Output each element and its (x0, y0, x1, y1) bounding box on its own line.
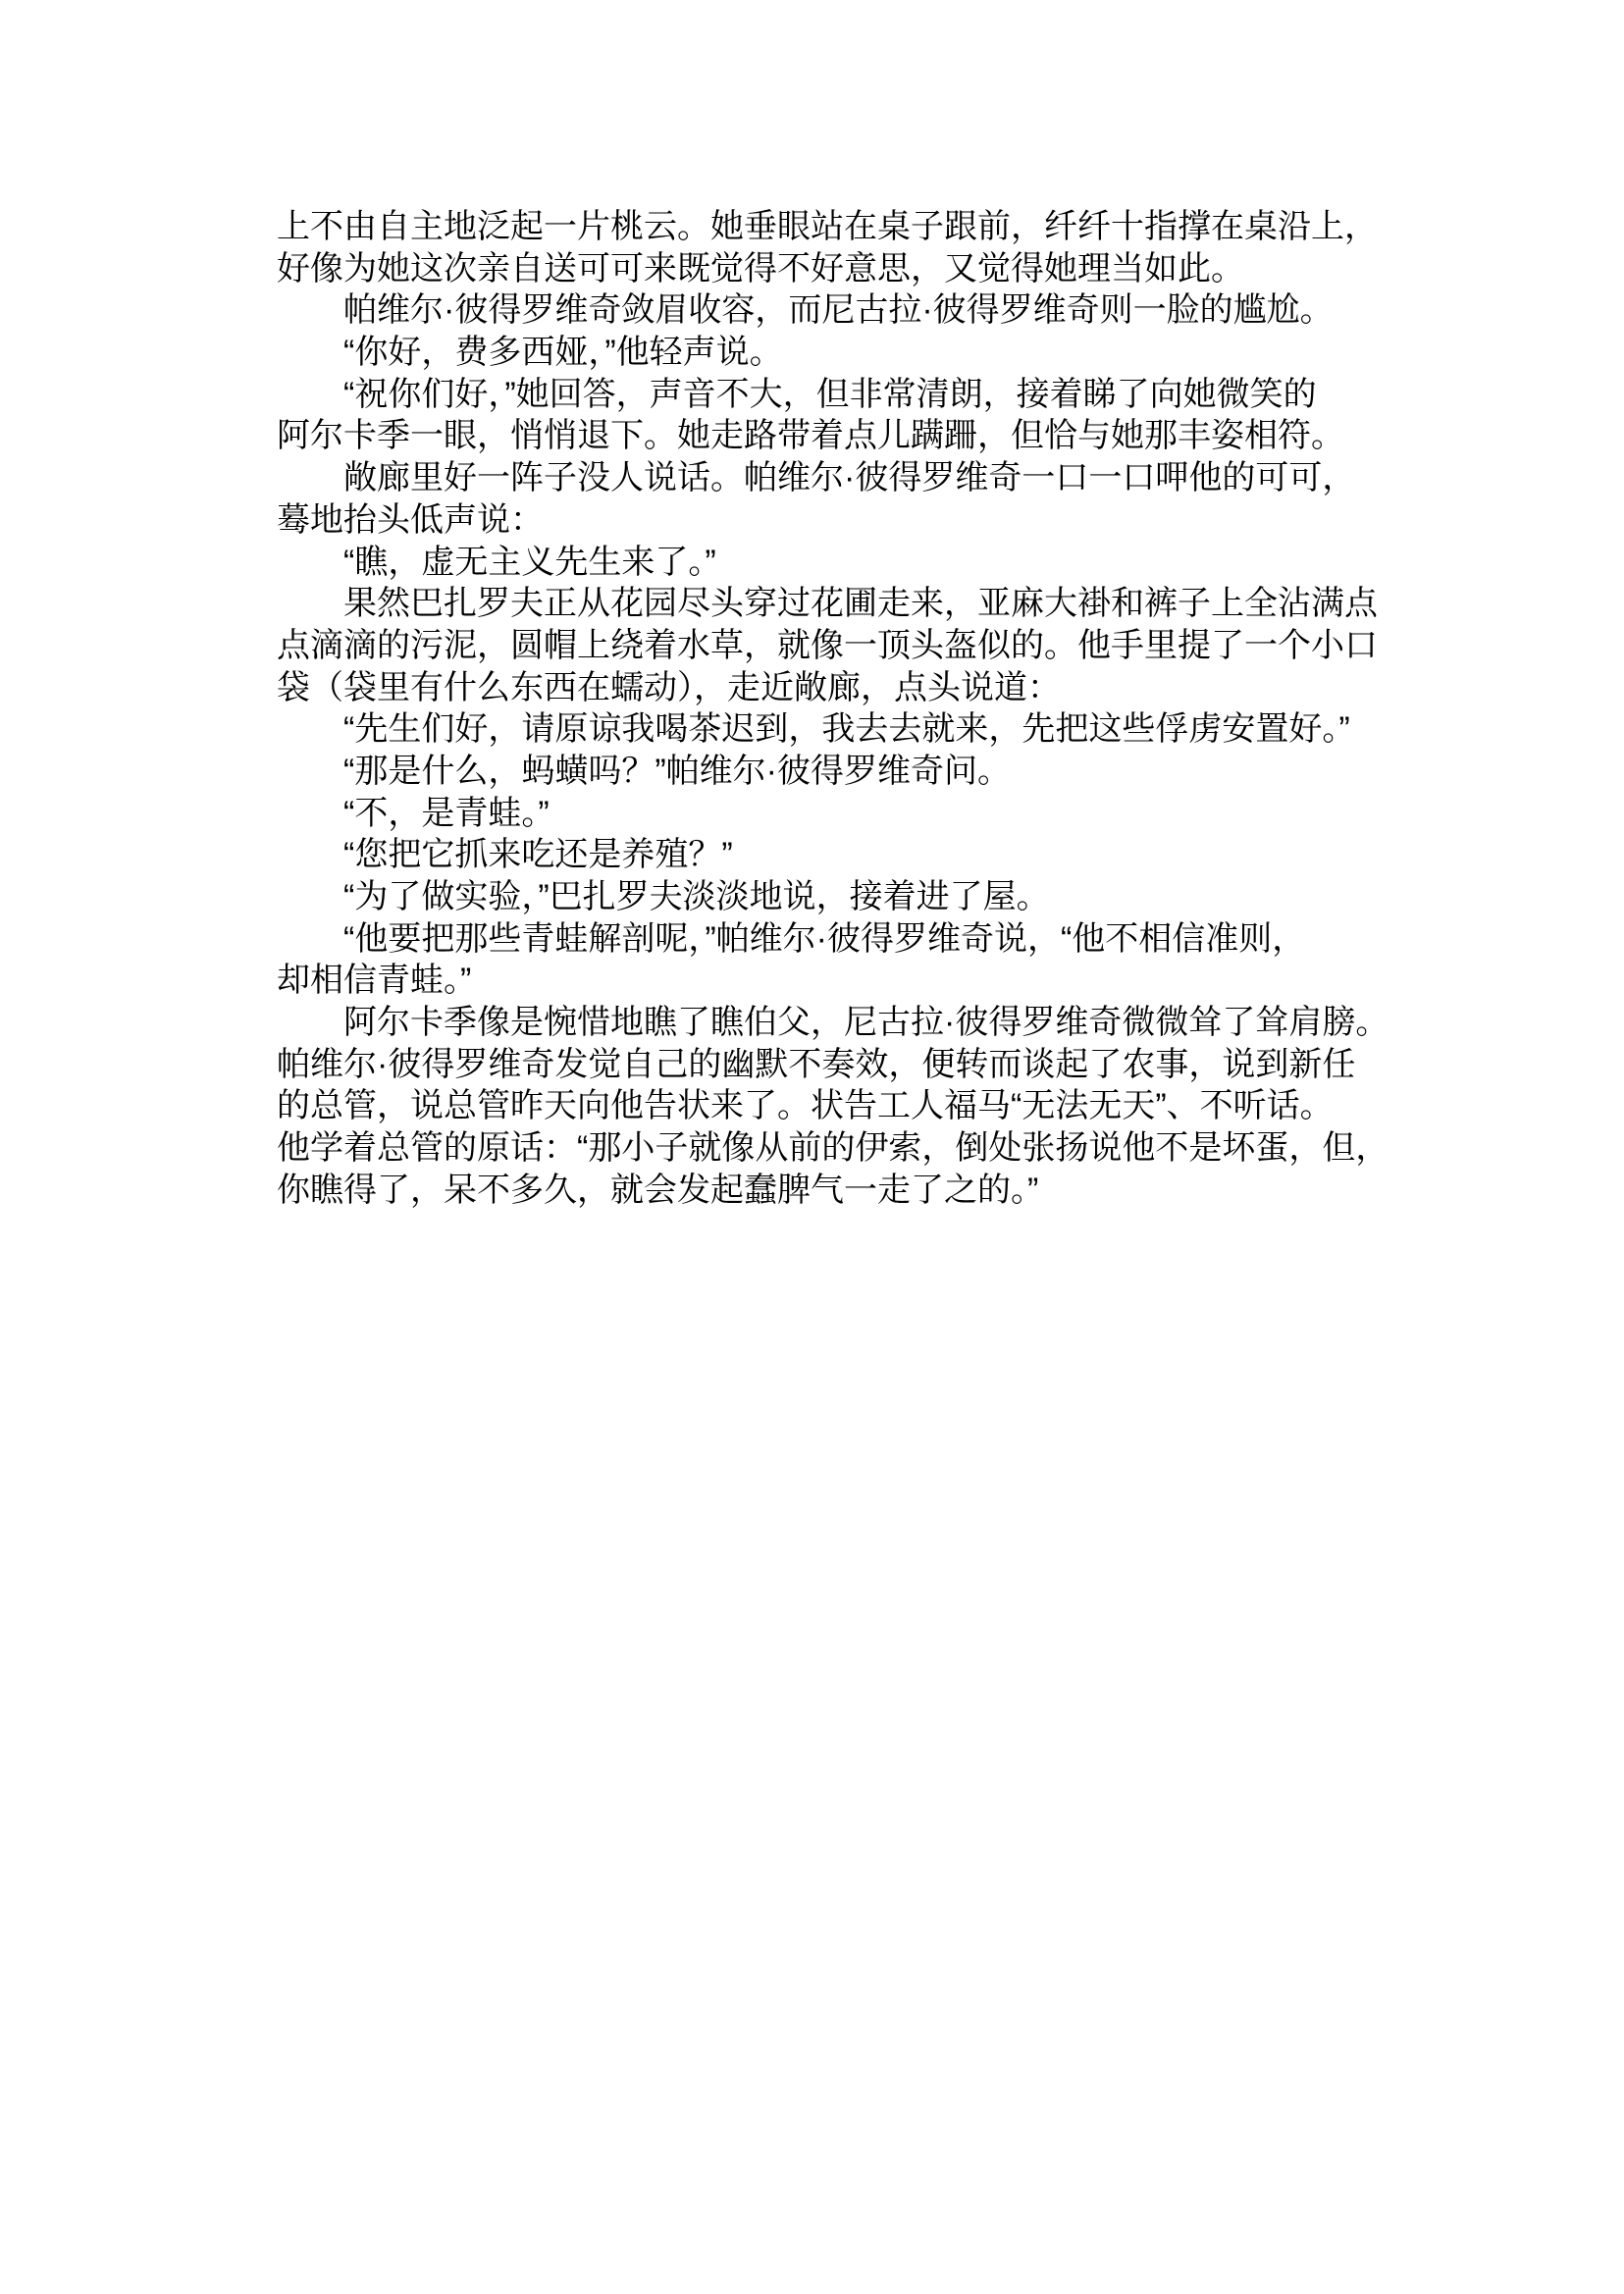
paragraph: “你好，费多西娅，”他轻声说。 (277, 332, 1386, 374)
text-line: 敞廊里好一阵子没人说话。帕维尔·彼得罗维奇一口一口呷他的可可， (277, 457, 1386, 499)
paragraph: 果然巴扎罗夫正从花园尽头穿过花圃走来，亚麻大褂和裤子上全沾满点点滴滴的污泥，圆帽… (277, 583, 1386, 708)
text-line: 帕维尔·彼得罗维奇发觉自己的幽默不奏效，便转而谈起了农事，说到新任 (277, 1044, 1386, 1086)
paragraph: “祝你们好，”她回答，声音不大，但非常清朗，接着睇了向她微笑的阿尔卡季一眼，悄悄… (277, 374, 1386, 457)
paragraph: “不，是青蛙。” (277, 793, 1386, 835)
text-line: 阿尔卡季像是惋惜地瞧了瞧伯父，尼古拉·彼得罗维奇微微耸了耸肩膀。 (277, 1002, 1386, 1044)
paragraph: “先生们好，请原谅我喝茶迟到，我去去就来，先把这些俘虏安置好。” (277, 708, 1386, 751)
text-line: 他学着总管的原话：“那小子就像从前的伊索，倒处张扬说他不是坏蛋，但， (277, 1127, 1386, 1170)
text-line: “不，是青蛙。” (277, 793, 1386, 835)
text-line: 果然巴扎罗夫正从花园尽头穿过花圃走来，亚麻大褂和裤子上全沾满点 (277, 583, 1386, 625)
text-line: 的总管，说总管昨天向他告状来了。状告工人福马“无法无天”、不听话。 (277, 1085, 1386, 1127)
paragraph: “您把它抓来吃还是养殖？” (277, 834, 1386, 876)
text-line: 帕维尔·彼得罗维奇敛眉收容，而尼古拉·彼得罗维奇则一脸的尴尬。 (277, 289, 1386, 332)
paragraph: “瞧，虚无主义先生来了。” (277, 542, 1386, 584)
page-text: 上不由自主地泛起一片桃云。她垂眼站在桌子跟前，纤纤十指撑在桌沿上，好像为她这次亲… (277, 206, 1386, 1212)
paragraph: “为了做实验，”巴扎罗夫淡淡地说，接着进了屋。 (277, 876, 1386, 918)
text-line: “你好，费多西娅，”他轻声说。 (277, 332, 1386, 374)
text-line: 却相信青蛙。” (277, 960, 1386, 1002)
paragraph: 敞廊里好一阵子没人说话。帕维尔·彼得罗维奇一口一口呷他的可可，蓦地抬头低声说： (277, 457, 1386, 541)
text-line: 好像为她这次亲自送可可来既觉得不好意思，又觉得她理当如此。 (277, 248, 1386, 290)
text-line: “您把它抓来吃还是养殖？” (277, 834, 1386, 876)
paragraph: “那是什么，蚂蟥吗？”帕维尔·彼得罗维奇问。 (277, 751, 1386, 793)
text-line: “瞧，虚无主义先生来了。” (277, 542, 1386, 584)
text-line: 上不由自主地泛起一片桃云。她垂眼站在桌子跟前，纤纤十指撑在桌沿上， (277, 206, 1386, 248)
paragraph: 帕维尔·彼得罗维奇敛眉收容，而尼古拉·彼得罗维奇则一脸的尴尬。 (277, 289, 1386, 332)
text-line: “先生们好，请原谅我喝茶迟到，我去去就来，先把这些俘虏安置好。” (277, 708, 1386, 751)
text-line: “祝你们好，”她回答，声音不大，但非常清朗，接着睇了向她微笑的 (277, 374, 1386, 416)
paragraph: “他要把那些青蛙解剖呢，”帕维尔·彼得罗维奇说，“他不相信准则，却相信青蛙。” (277, 918, 1386, 1002)
book-page: 上不由自主地泛起一片桃云。她垂眼站在桌子跟前，纤纤十指撑在桌沿上，好像为她这次亲… (0, 0, 1624, 2294)
paragraph: 阿尔卡季像是惋惜地瞧了瞧伯父，尼古拉·彼得罗维奇微微耸了耸肩膀。帕维尔·彼得罗维… (277, 1002, 1386, 1211)
text-line: “他要把那些青蛙解剖呢，”帕维尔·彼得罗维奇说，“他不相信准则， (277, 918, 1386, 961)
text-line: “为了做实验，”巴扎罗夫淡淡地说，接着进了屋。 (277, 876, 1386, 918)
text-line: “那是什么，蚂蟥吗？”帕维尔·彼得罗维奇问。 (277, 751, 1386, 793)
text-line: 袋（袋里有什么东西在蠕动），走近敞廊，点头说道： (277, 667, 1386, 709)
text-line: 点滴滴的污泥，圆帽上绕着水草，就像一顶头盔似的。他手里提了一个小口 (277, 625, 1386, 667)
paragraph: 上不由自主地泛起一片桃云。她垂眼站在桌子跟前，纤纤十指撑在桌沿上，好像为她这次亲… (277, 206, 1386, 289)
text-line: 蓦地抬头低声说： (277, 499, 1386, 542)
text-line: 阿尔卡季一眼，悄悄退下。她走路带着点儿蹒跚，但恰与她那丰姿相符。 (277, 415, 1386, 457)
text-line: 你瞧得了，呆不多久，就会发起蠢脾气一走了之的。” (277, 1170, 1386, 1212)
